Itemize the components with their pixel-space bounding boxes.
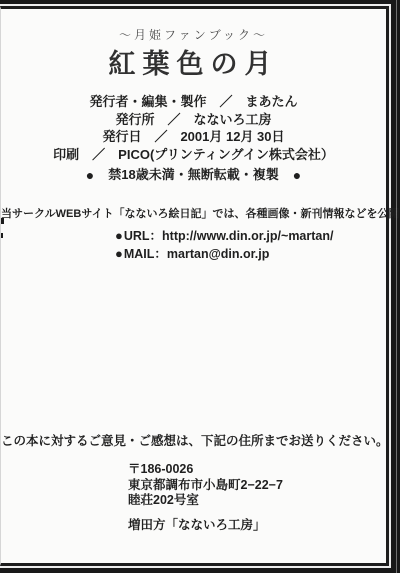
age-restriction-notice: ●禁18歳未満・無断転載・複製● (1, 164, 386, 183)
bullet-icon: ● (86, 167, 94, 183)
scan-artifact (1, 218, 4, 224)
printer-line: 印刷 ／ PICO(プリンティングイン株式会社） (1, 146, 386, 164)
publication-date-line: 発行日 ／ 2001月 12月 30日 (1, 128, 386, 146)
notice-text: 禁18歳未満・無断転載・複製 (108, 167, 278, 182)
postal-address: 〒186-0026 東京都調布市小島町2−22−7 睦荘202号室 増田方「なな… (128, 462, 283, 533)
scanned-colophon-page: 〜月姫ファンブック〜 紅葉色の月 発行者・編集・製作 ／ まあたん 発行所 ／ … (0, 0, 400, 573)
circle-line: 発行所 ／ なないろ工房 (1, 111, 386, 129)
feedback-note: この本に対するご意見・ご感想は、下記の住所までお送りください。 (1, 431, 386, 449)
postal-code-line: 〒186-0026 (128, 462, 283, 478)
url-text: URL：http://www.din.or.jp/~martan/ (124, 229, 334, 243)
web-announcement: 当サークルWEBサイト「なないろ絵日記」では、各種画像・新刊情報などを公開中です… (1, 205, 386, 221)
series-line: 〜月姫ファンブック〜 (1, 26, 386, 43)
mail-text: MAIL：martan@din.or.jp (124, 247, 270, 261)
colophon-block: 発行者・編集・製作 ／ まあたん 発行所 ／ なないろ工房 発行日 ／ 2001… (1, 93, 386, 163)
addressee-line: 増田方「なないろ工房」 (128, 518, 283, 534)
book-title: 紅葉色の月 (1, 42, 386, 81)
bullet-icon: ● (293, 167, 301, 183)
bullet-icon: ● (115, 246, 123, 261)
url-line: ●URL：http://www.din.or.jp/~martan/ (115, 227, 333, 245)
street-address-line: 東京都調布市小島町2−22−7 (128, 478, 283, 494)
page: 〜月姫ファンブック〜 紅葉色の月 発行者・編集・製作 ／ まあたん 発行所 ／ … (0, 6, 389, 566)
publisher-line: 発行者・編集・製作 ／ まあたん (1, 93, 386, 111)
scan-edge-highlight (396, 0, 397, 573)
mail-line: ●MAIL：martan@din.or.jp (115, 245, 333, 263)
contact-block: ●URL：http://www.din.or.jp/~martan/ ●MAIL… (115, 227, 333, 263)
bullet-icon: ● (115, 228, 123, 243)
room-line: 睦荘202号室 (128, 493, 283, 509)
scan-artifact (1, 233, 3, 238)
